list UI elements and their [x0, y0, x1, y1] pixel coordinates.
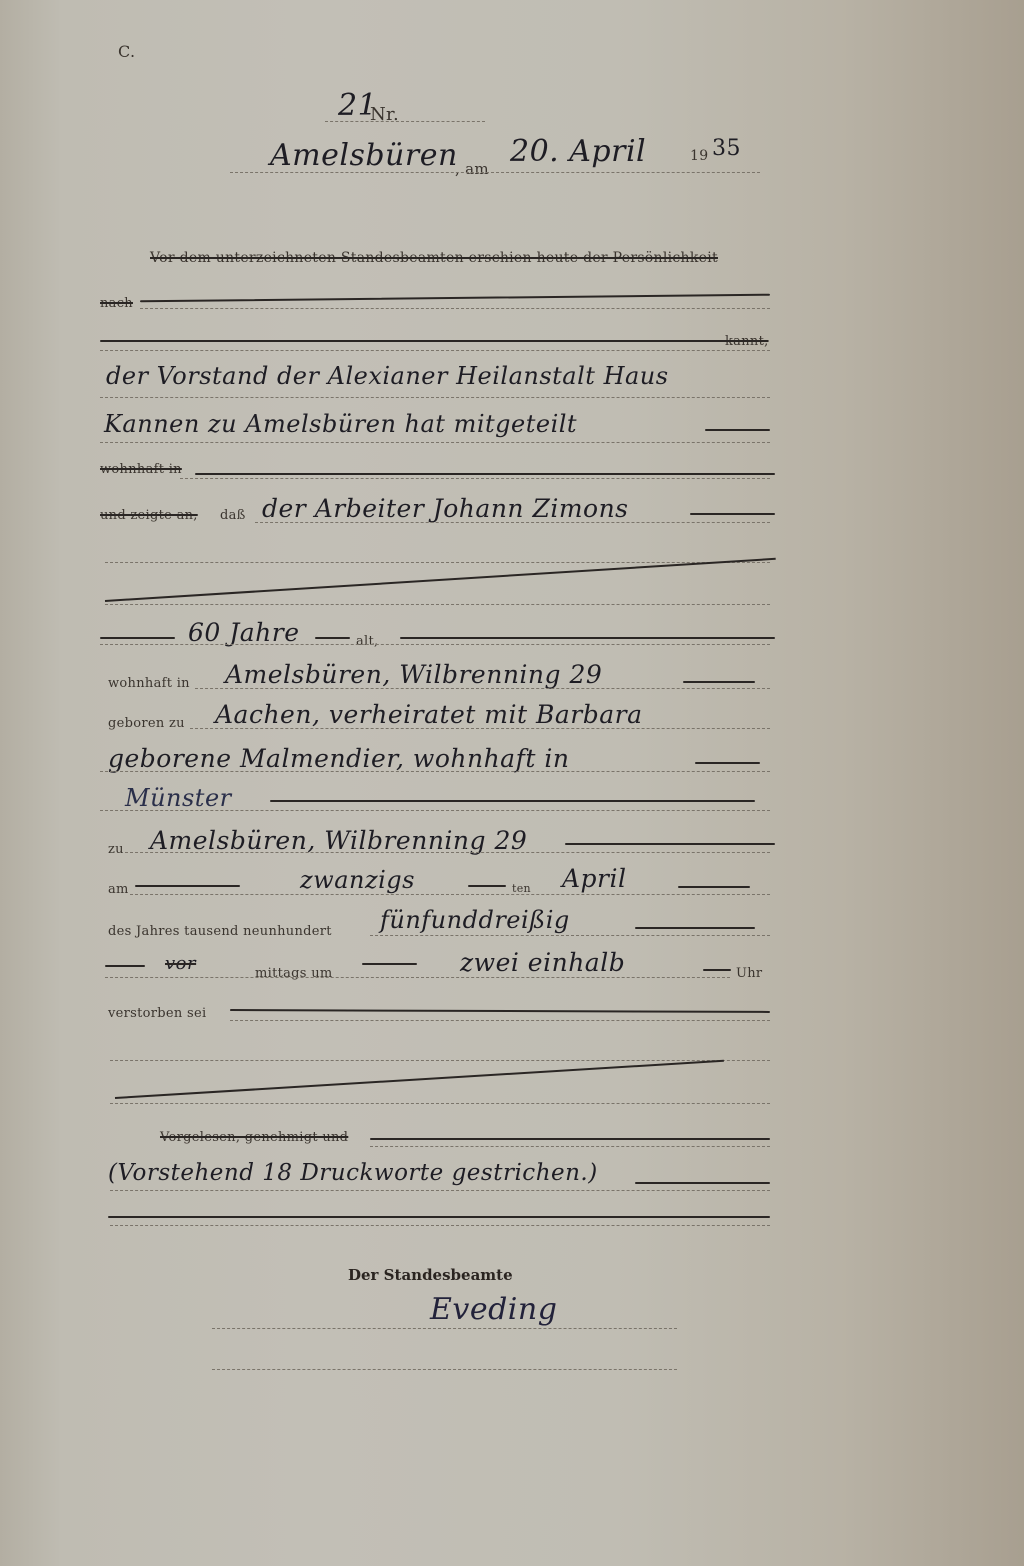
form-line [230, 1020, 770, 1021]
fill-stroke [270, 800, 755, 802]
residence-label: wohnhaft in [108, 676, 190, 691]
informant-line-1: der Vorstand der Alexianer Heilanstalt H… [106, 362, 669, 390]
fill-stroke [678, 886, 750, 888]
form-line [110, 1060, 770, 1061]
diagonal-strike [105, 558, 776, 602]
form-line [110, 1103, 770, 1104]
struck-read: Vorgelesen, genehmigt und [160, 1130, 348, 1145]
form-line [370, 1146, 770, 1147]
birth-value: Aachen, verheiratet mit Barbara [215, 700, 643, 729]
form-line [105, 977, 730, 978]
death-place-label: zu [108, 842, 124, 857]
fill-stroke [695, 762, 760, 764]
year-label: des Jahres tausend neunhundert [108, 924, 332, 939]
form-line [100, 442, 770, 443]
number-value: 21 [338, 88, 377, 123]
death-place-value: Amelsbüren, Wilbrenning 29 [150, 826, 527, 855]
signature-line [212, 1328, 677, 1329]
form-line [125, 852, 770, 853]
form-line [370, 935, 770, 936]
struck-intro: Vor dem unterzeichneten Standesbeamten e… [150, 250, 718, 266]
form-line [180, 478, 770, 479]
fill-stroke [635, 927, 755, 929]
form-line [100, 350, 770, 351]
form-line [110, 1225, 770, 1226]
date-connector: , am [455, 160, 489, 178]
residence-value: Amelsbüren, Wilbrenning 29 [225, 660, 602, 689]
fill-stroke [108, 1216, 770, 1218]
fill-stroke [635, 1182, 770, 1184]
fill-stroke [683, 681, 755, 683]
time-label: mittags um [255, 966, 333, 981]
year-suffix: 35 [712, 136, 741, 161]
fill-stroke [690, 513, 775, 515]
form-letter: C. [118, 42, 135, 61]
fill-stroke [315, 637, 350, 639]
fill-stroke [100, 637, 175, 639]
informant-line-2: Kannen zu Amelsbüren hat mitgeteilt [104, 410, 577, 438]
fill-stroke [468, 885, 506, 887]
year-value: fünfunddreißig [380, 906, 570, 934]
number-line [325, 121, 485, 122]
note-value: (Vorstehend 18 Druckworte gestrichen.) [108, 1160, 598, 1186]
strike-line [195, 473, 775, 475]
form-line [190, 728, 770, 729]
form-line [255, 522, 770, 523]
official-label: Der Standesbeamte [348, 1266, 513, 1284]
fill-stroke [703, 969, 731, 971]
struck-nach: nach [100, 296, 133, 311]
diagonal-strike [115, 1060, 724, 1099]
form-line [105, 604, 770, 605]
struck-wohnhaft: wohnhaft in [100, 462, 182, 477]
day-value: zwanzigs [300, 866, 415, 894]
time-value: zwei einhalb [460, 948, 625, 977]
fill-stroke [565, 843, 775, 845]
place-value: Amelsbüren [270, 138, 458, 173]
form-line [130, 894, 770, 895]
year-prefix: 19 [690, 148, 708, 164]
fill-stroke [230, 1009, 770, 1013]
strike-line [100, 340, 730, 342]
fill-stroke [705, 429, 770, 431]
spouse-line-2: geborene Malmendier, wohnhaft in [108, 744, 569, 773]
form-line [110, 1190, 770, 1191]
age-label: alt, [356, 634, 378, 649]
form-line [105, 562, 770, 563]
age-value: 60 Jahre [188, 618, 300, 647]
strike-line [140, 294, 770, 303]
deceased-name: der Arbeiter Johann Zimons [262, 494, 629, 523]
fill-stroke [135, 885, 240, 887]
fill-stroke [400, 637, 775, 639]
struck-kannt: kannt, [725, 334, 769, 349]
month-value: April [562, 864, 627, 893]
fill-stroke [370, 1138, 770, 1140]
form-line [100, 771, 770, 772]
day-label: am [108, 882, 129, 897]
dass-label: daß [220, 508, 246, 523]
date-value: 20. April [510, 134, 646, 169]
form-line [140, 308, 770, 309]
form-line [100, 644, 770, 645]
fill-stroke [105, 965, 145, 967]
birth-label: geboren zu [108, 716, 185, 731]
date-line [230, 172, 760, 173]
signature-line [212, 1369, 677, 1370]
form-line [100, 397, 770, 398]
form-line [100, 810, 770, 811]
time-unit: Uhr [736, 966, 762, 981]
signature: Eveding [430, 1292, 557, 1327]
struck-zeigte: und zeigte an, [100, 508, 198, 523]
fill-stroke [362, 963, 417, 965]
died-label: verstorben sei [108, 1006, 206, 1021]
form-line [195, 688, 770, 689]
spouse-line-3: Münster [125, 784, 232, 812]
time-struck: vor [165, 953, 196, 974]
